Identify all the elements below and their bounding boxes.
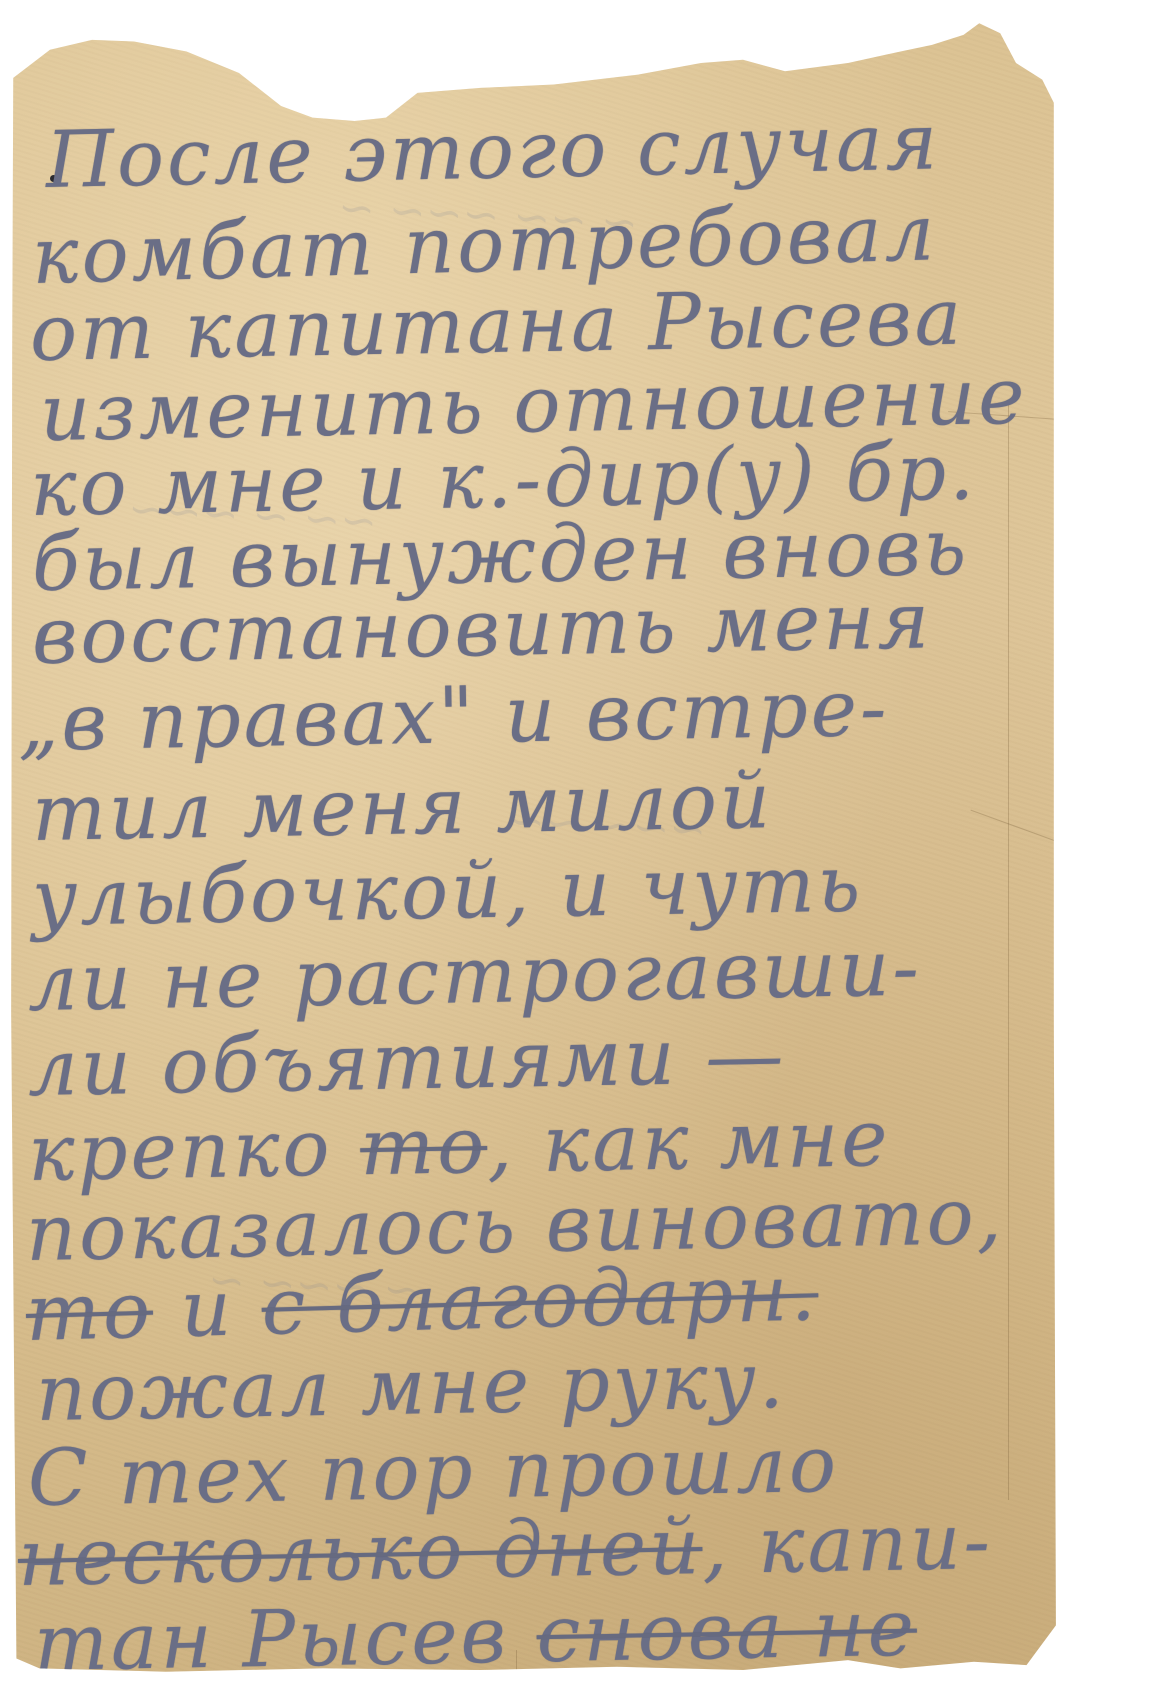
struck-text: то (359, 1101, 487, 1193)
struck-text: то (25, 1266, 154, 1359)
letter-line: „в правах" и встре- (17, 670, 890, 763)
line-text: тан Рысев (33, 1590, 537, 1689)
line-text: После этого случая (45, 97, 941, 206)
line-text: , капи- (702, 1497, 994, 1592)
letter-line: тил меня милой (31, 762, 773, 853)
letter-line: ли не растрогавши- (27, 929, 922, 1023)
paper-crease (1008, 400, 1009, 1500)
letter-line: восстановить меня (31, 582, 932, 676)
paper-crease (971, 810, 1056, 842)
letter-line: ли объятиями — (27, 1017, 787, 1108)
line-text: „в правах" и встре- (17, 664, 890, 769)
letter-line: улыбочкой, и чуть (31, 846, 863, 938)
letter-line: пожал мне руку. (35, 1342, 787, 1433)
letter-line: тан Рысев снова не (33, 1590, 917, 1683)
line-text: и (152, 1263, 263, 1356)
letter-line: После этого случая (45, 103, 941, 200)
letter-line: несколько дней, капи- (17, 1503, 993, 1598)
letter-sheet: ~ ~~ ~~~ ~ ~~ ~ ~~~ ~~~ ~~ ~ ~~~ ~ После… (8, 20, 1058, 1675)
line-text: ли не растрогавши- (27, 923, 922, 1029)
struck-text: снова не (536, 1584, 918, 1681)
